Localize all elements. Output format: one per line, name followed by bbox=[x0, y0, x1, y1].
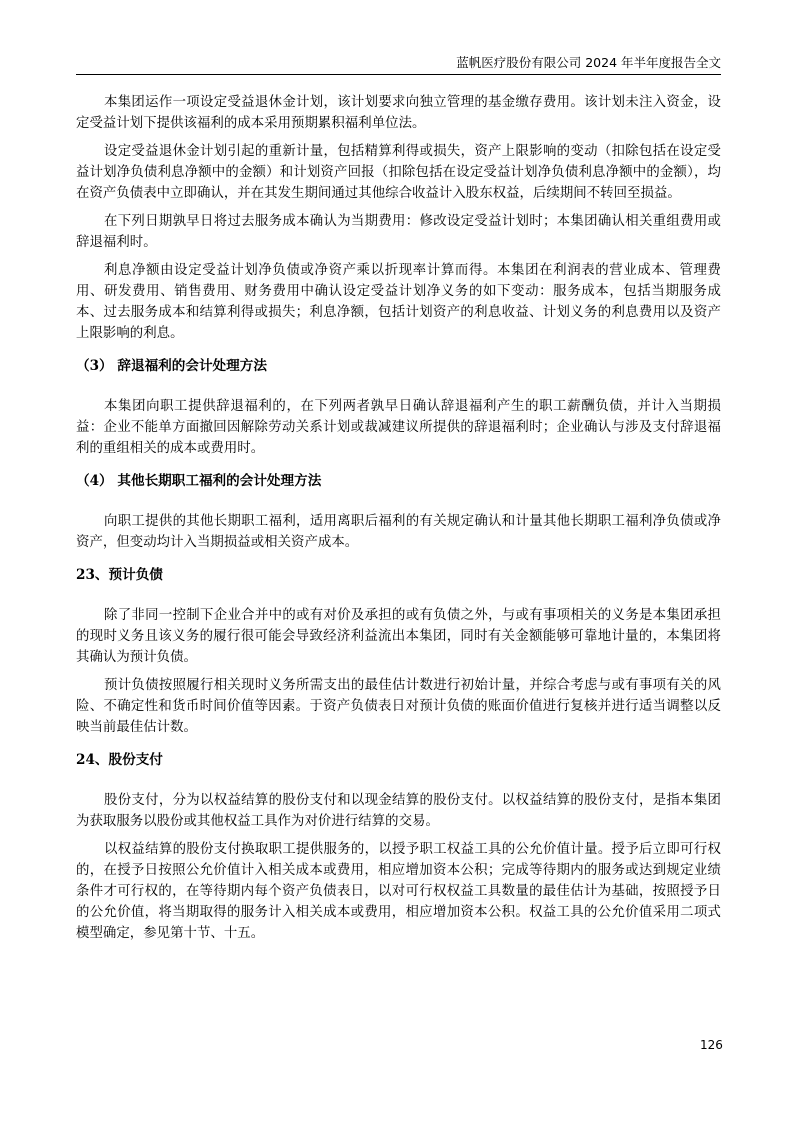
paragraph-share-based-payment-types: 股份支付，分为以权益结算的股份支付和以现金结算的股份支付。以权益结算的股份支付，… bbox=[76, 790, 721, 832]
paragraph-defined-benefit-plan: 本集团运作一项设定受益退休金计划，该计划要求向独立管理的基金缴存费用。该计划未注… bbox=[76, 92, 721, 134]
paragraph-remeasurement: 设定受益退休金计划引起的重新计量，包括精算利得或损失，资产上限影响的变动（扣除包… bbox=[76, 141, 721, 204]
paragraph-provisions-measurement: 预计负债按照履行相关现时义务所需支出的最佳估计数进行初始计量，并综合考虑与或有事… bbox=[76, 675, 721, 738]
paragraph-termination-benefits: 本集团向职工提供辞退福利的，在下列两者孰早日确认辞退福利产生的职工薪酬负债，并计… bbox=[76, 396, 721, 459]
report-title: 蓝帆医疗股份有限公司 2024 年半年度报告全文 bbox=[456, 55, 721, 70]
paragraph-past-service-cost: 在下列日期孰早日将过去服务成本确认为当期费用：修改设定受益计划时；本集团确认相关… bbox=[76, 211, 721, 253]
subheading-other-long-term-benefits: （4） 其他长期职工福利的会计处理方法 bbox=[76, 471, 721, 492]
page-header: 蓝帆医疗股份有限公司 2024 年半年度报告全文 bbox=[76, 54, 721, 75]
section-heading-share-based-payment: 24、股份支付 bbox=[76, 750, 721, 771]
paragraph-net-interest: 利息净额由设定受益计划净负债或净资产乘以折现率计算而得。本集团在利润表的营业成本… bbox=[76, 260, 721, 344]
subheading-termination-benefits: （3） 辞退福利的会计处理方法 bbox=[76, 356, 721, 377]
paragraph-provisions-recognition: 除了非同一控制下企业合并中的或有对价及承担的或有负债之外，与或有事项相关的义务是… bbox=[76, 605, 721, 668]
section-heading-provisions: 23、预计负债 bbox=[76, 565, 721, 586]
paragraph-equity-settled: 以权益结算的股份支付换取职工提供服务的，以授予职工权益工具的公允价值计量。授予后… bbox=[76, 839, 721, 944]
document-body: 本集团运作一项设定受益退休金计划，该计划要求向独立管理的基金缴存费用。该计划未注… bbox=[76, 92, 721, 951]
page-number: 126 bbox=[700, 1038, 723, 1052]
paragraph-other-long-term-benefits: 向职工提供的其他长期职工福利，适用离职后福利的有关规定确认和计量其他长期职工福利… bbox=[76, 511, 721, 553]
